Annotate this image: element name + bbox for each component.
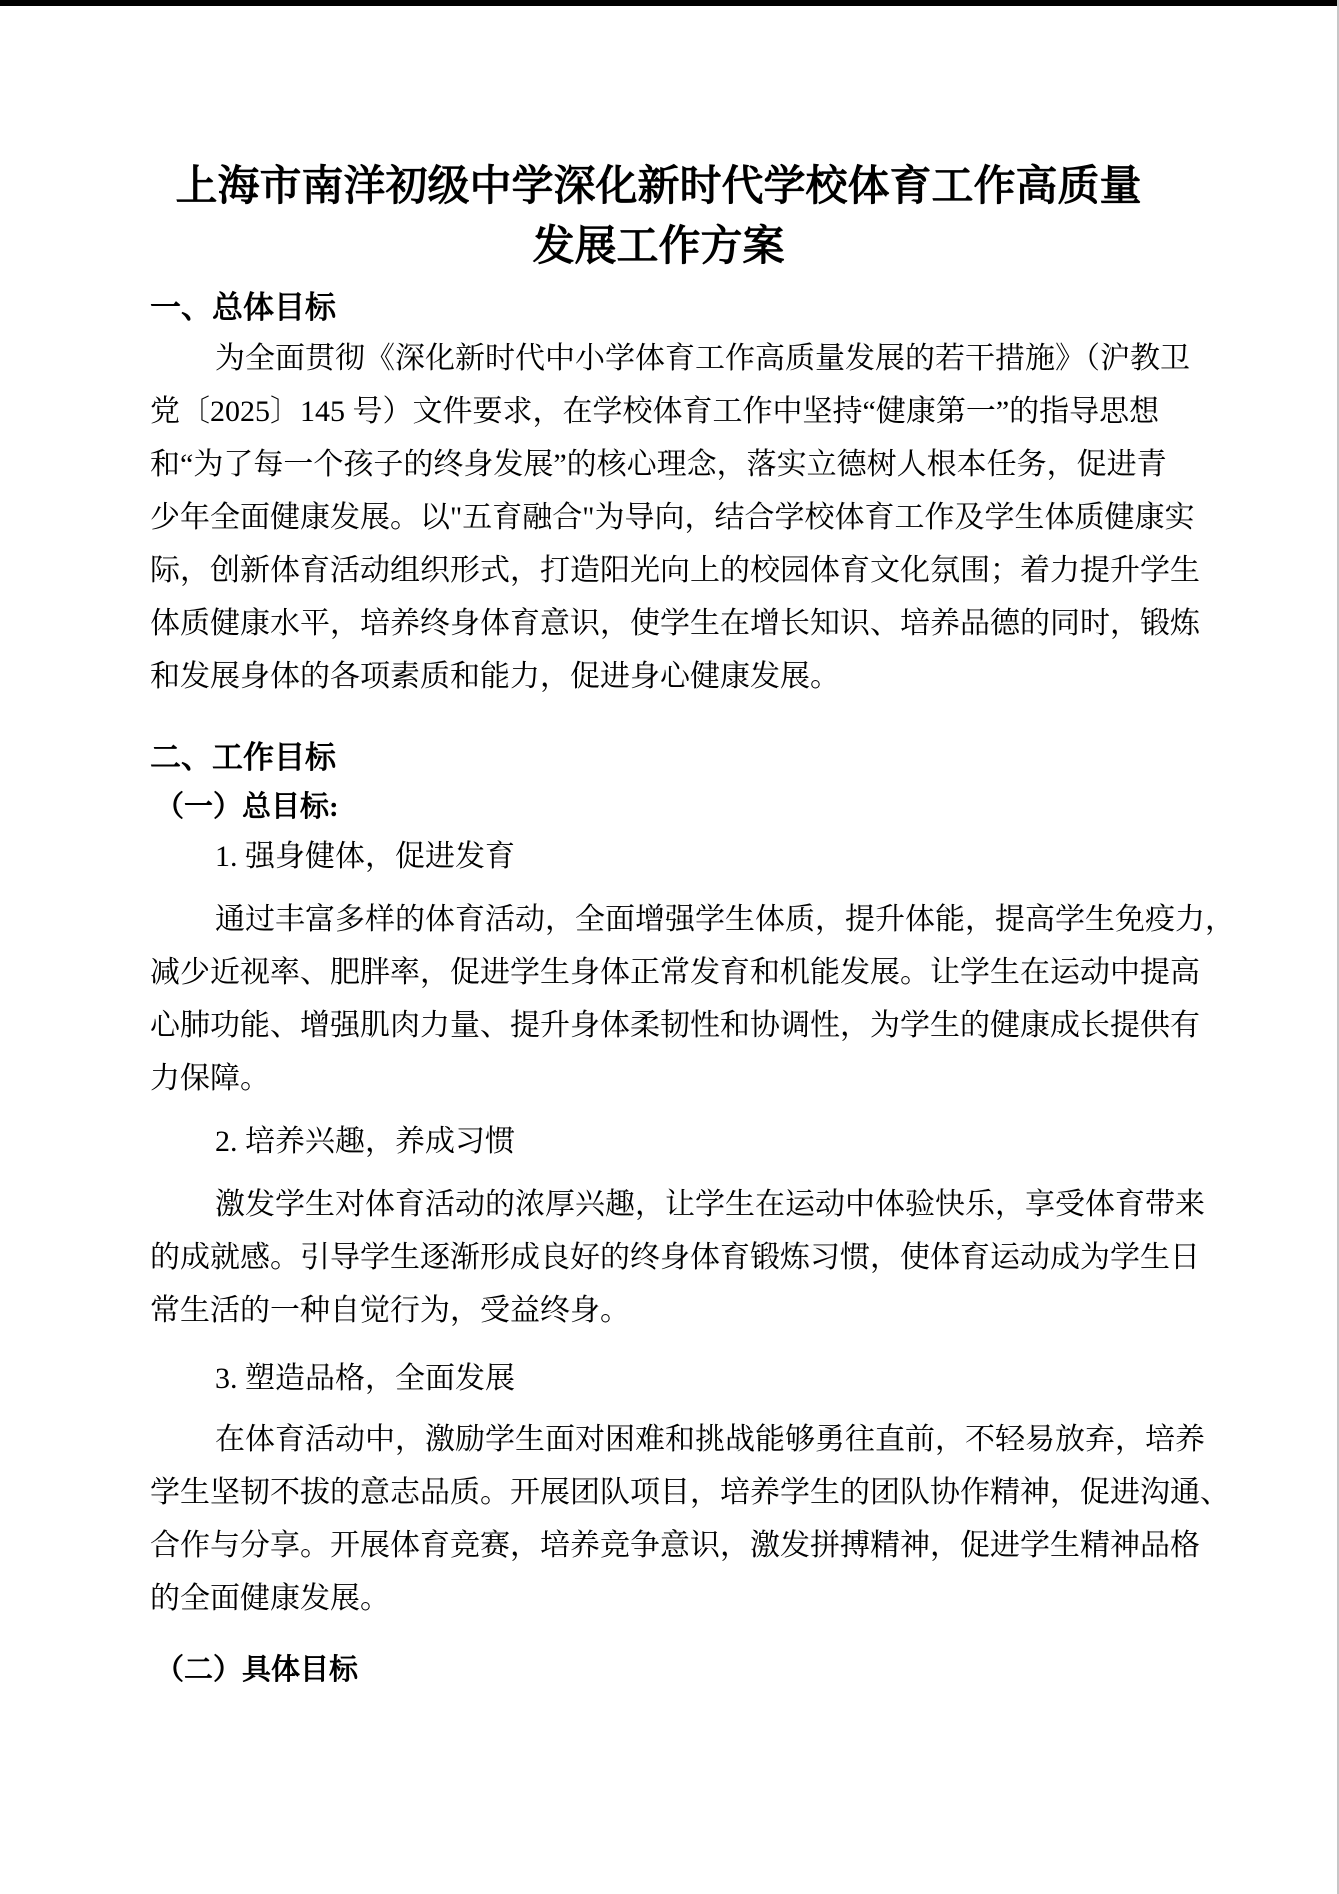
paragraph-line: 在体育活动中，激励学生面对困难和挑战能够勇往直前，不轻易放弃，培养 [150,1413,1167,1466]
paragraph-line: 心肺功能、增强肌肉力量、提升身体柔韧性和协调性，为学生的健康成长提供有 [150,999,1167,1052]
paragraph-line: 减少近视率、肥胖率，促进学生身体正常发育和机能发展。让学生在运动中提高 [150,946,1167,999]
paragraph-line: 力保障。 [150,1052,1167,1105]
paragraph-line: 学生坚韧不拔的意志品质。开展团队项目，培养学生的团队协作精神，促进沟通、 [150,1466,1167,1519]
paragraph-line: 的全面健康发展。 [150,1572,1167,1625]
item-1-paragraph: 通过丰富多样的体育活动，全面增强学生体质，提升体能，提高学生免疫力， 减少近视率… [150,893,1167,1105]
paragraph-line: 通过丰富多样的体育活动，全面增强学生体质，提升体能，提高学生免疫力， [150,893,1167,946]
paragraph-line: 党〔2025〕145 号）文件要求，在学校体育工作中坚持“健康第一”的指导思想 [150,385,1167,438]
numbered-item-heading-3: 3. 塑造品格，全面发展 [150,1352,1167,1405]
paragraph-line: 为全面贯彻《深化新时代中小学体育工作高质量发展的若干措施》（沪教卫 [150,332,1167,385]
item-3-paragraph: 在体育活动中，激励学生面对困难和挑战能够勇往直前，不轻易放弃，培养 学生坚韧不拔… [150,1413,1167,1625]
document-title-line2: 发展工作方案 [150,216,1167,276]
section-heading-1: 一、总体目标 [150,286,1167,330]
subsection-heading-1: （一）总目标: [150,784,1167,830]
paragraph-line: 少年全面健康发展。以"五育融合"为导向，结合学校体育工作及学生体质健康实 [150,491,1167,544]
numbered-item-heading-2: 2. 培养兴趣，养成习惯 [150,1115,1167,1168]
item-2-paragraph: 激发学生对体育活动的浓厚兴趣，让学生在运动中体验快乐，享受体育带来 的成就感。引… [150,1178,1167,1337]
paragraph-line: 的成就感。引导学生逐渐形成良好的终身体育锻炼习惯，使体育运动成为学生日 [150,1231,1167,1284]
section-heading-2: 二、工作目标 [150,736,1167,780]
document-page: 上海市南洋初级中学深化新时代学校体育工作高质量 发展工作方案 一、总体目标 为全… [0,6,1339,1693]
paragraph-line: 激发学生对体育活动的浓厚兴趣，让学生在运动中体验快乐，享受体育带来 [150,1178,1167,1231]
paragraph-line: 体质健康水平，培养终身体育意识，使学生在增长知识、培养品德的同时，锻炼 [150,597,1167,650]
paragraph-line: 常生活的一种自觉行为，受益终身。 [150,1284,1167,1337]
document-title: 上海市南洋初级中学深化新时代学校体育工作高质量 发展工作方案 [150,156,1167,276]
paragraph-line: 和“为了每一个孩子的终身发展”的核心理念，落实立德树人根本任务，促进青 [150,438,1167,491]
numbered-item-heading-1: 1. 强身健体，促进发育 [150,830,1167,883]
subsection-heading-2: （二）具体目标 [150,1647,1167,1693]
paragraph-line: 和发展身体的各项素质和能力，促进身心健康发展。 [150,650,1167,703]
document-title-line1: 上海市南洋初级中学深化新时代学校体育工作高质量 [150,156,1167,216]
paragraph-line: 际，创新体育活动组织形式，打造阳光向上的校园体育文化氛围；着力提升学生 [150,544,1167,597]
section-1-paragraph: 为全面贯彻《深化新时代中小学体育工作高质量发展的若干措施》（沪教卫 党〔2025… [150,332,1167,703]
paragraph-line: 合作与分享。开展体育竞赛，培养竞争意识，激发拼搏精神，促进学生精神品格 [150,1519,1167,1572]
